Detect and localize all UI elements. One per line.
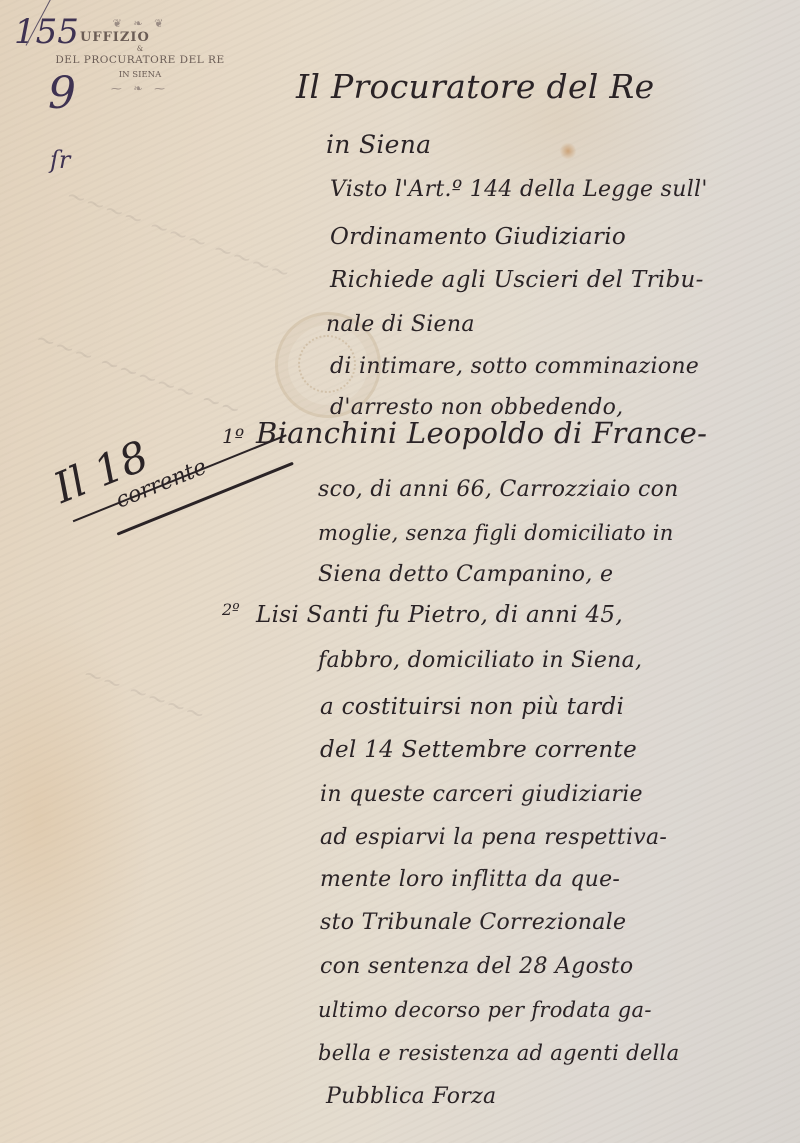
- body-line: in queste carceri giudiziarie: [320, 780, 643, 810]
- body-line: ultimo decorso per frodata ga-: [318, 995, 652, 1025]
- body-line: Visto l'Art.º 144 della Legge sull': [330, 175, 708, 205]
- defendant-2-name: Lisi Santi fu Pietro, di anni 45,: [256, 600, 623, 630]
- body-line: Ordinamento Giudiziario: [330, 222, 626, 252]
- body-line: fabbro, domiciliato in Siena,: [318, 646, 642, 676]
- item-marker-1: 1º: [222, 424, 244, 448]
- deadline-date: del 14 Settembre corrente: [320, 735, 637, 765]
- body-line: sto Tribunale Correzionale: [320, 908, 626, 938]
- heading-title: Il Procuratore del Re: [296, 72, 654, 102]
- bleed-through-text: ~~ ~~~~: [79, 659, 209, 729]
- body-line: di intimare, sotto comminazione: [330, 352, 699, 382]
- body-line: ad espiarvi la pena respettiva-: [320, 823, 667, 853]
- sentence-date: con sentenza del 28 Agosto: [320, 952, 633, 982]
- bleed-through-text: ~~~ ~~~~~ ~~: [32, 324, 245, 424]
- letterhead-title: DEL PROCURATORE DEL RE: [40, 53, 240, 67]
- defendant-1-name: Bianchini Leopoldo di France-: [256, 418, 707, 448]
- body-line: bella e resistenza ad agenti della: [318, 1038, 679, 1068]
- bleed-through-text: ~~~~ ~~~ ~~~~: [62, 180, 294, 287]
- protocol-number-bottom: 9: [48, 77, 76, 111]
- body-line: Richiede agli Uscieri del Tribu-: [330, 265, 704, 295]
- protocol-flourish: ſr: [50, 143, 70, 177]
- margin-note: Il 18 corrente: [48, 415, 210, 533]
- body-line: nale di Siena: [326, 310, 475, 340]
- body-line: Pubblica Forza: [326, 1082, 496, 1112]
- protocol-number-top: 155: [14, 12, 79, 52]
- body-line: Siena detto Campanino, e: [318, 560, 613, 590]
- paper-stain: [560, 142, 576, 160]
- protocol-number: 155 9 ſr: [14, 15, 79, 49]
- item-marker-2: 2º: [222, 600, 240, 619]
- body-line: sco, di anni 66, Carrozziaio con: [318, 475, 679, 505]
- body-line: a costituirsi non più tardi: [320, 692, 624, 722]
- body-line: moglie, senza figli domiciliato in: [318, 518, 674, 548]
- letterhead-office: UFFIZIO: [80, 30, 240, 46]
- heading-city: in Siena: [326, 130, 431, 160]
- body-line: mente loro inflitta da que-: [320, 865, 620, 895]
